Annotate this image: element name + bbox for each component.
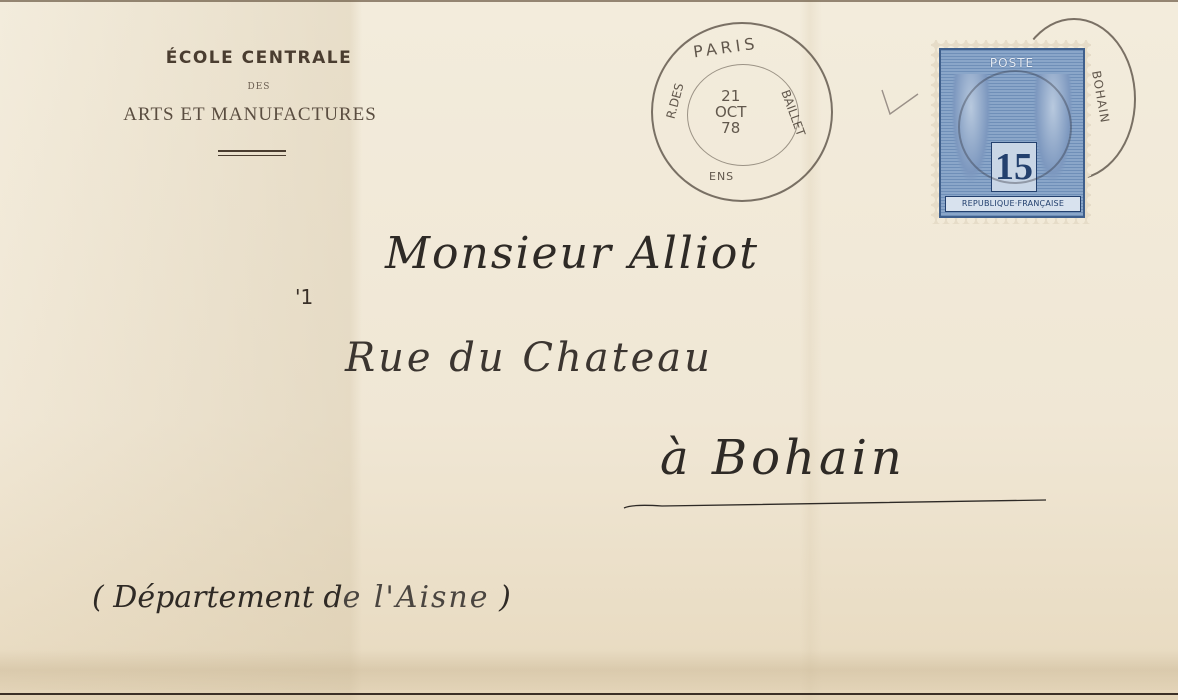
postmark-day: 21 [715,88,746,104]
postmark-arrival-text: BOHAIN [1089,70,1112,125]
recipient-street: Rue du Chateau [345,335,713,381]
department-printed: Département d [113,580,342,615]
fold-stain [0,650,1178,690]
address-underline [622,498,1046,512]
department-open-paren: ( [92,580,104,615]
department-handwritten: e l'Aisne [343,580,490,615]
letterhead-subtitle: ARTS ET MANUFACTURES [70,104,430,126]
pencil-mark: '1 [295,285,313,309]
postmark-bottom-text: ENS [709,170,734,183]
check-mark-icon [880,88,920,118]
postmark-month: OCT [715,104,746,120]
postmark-departure: PARIS 21 OCT 78 R.DES ENS BAILLET [651,22,833,202]
recipient-name: Monsieur Alliot [385,228,759,279]
postmark-year: 78 [715,120,746,136]
postmark-date: 21 OCT 78 [715,88,746,136]
stamp-footer: REPUBLIQUE·FRANÇAISE [945,196,1081,212]
letterhead-connector: DES [88,82,430,92]
stamp-cancellation [958,70,1072,184]
letterhead-double-rule [218,150,286,156]
recipient-city: à Bohain [660,430,906,486]
department-close-paren: ) [499,580,511,615]
postmark-left-text: R.DES [664,82,687,121]
envelope-top-edge [0,0,1178,2]
letterhead: ÉCOLE CENTRALE DES ARTS ET MANUFACTURES [70,48,430,156]
letterhead-school: ÉCOLE CENTRALE [88,48,430,68]
stamp-header: POSTE [941,56,1083,70]
envelope-bottom-edge [0,693,1178,695]
postmark-city: PARIS [692,34,760,62]
department-line: ( Département de l'Aisne ) [92,580,511,615]
